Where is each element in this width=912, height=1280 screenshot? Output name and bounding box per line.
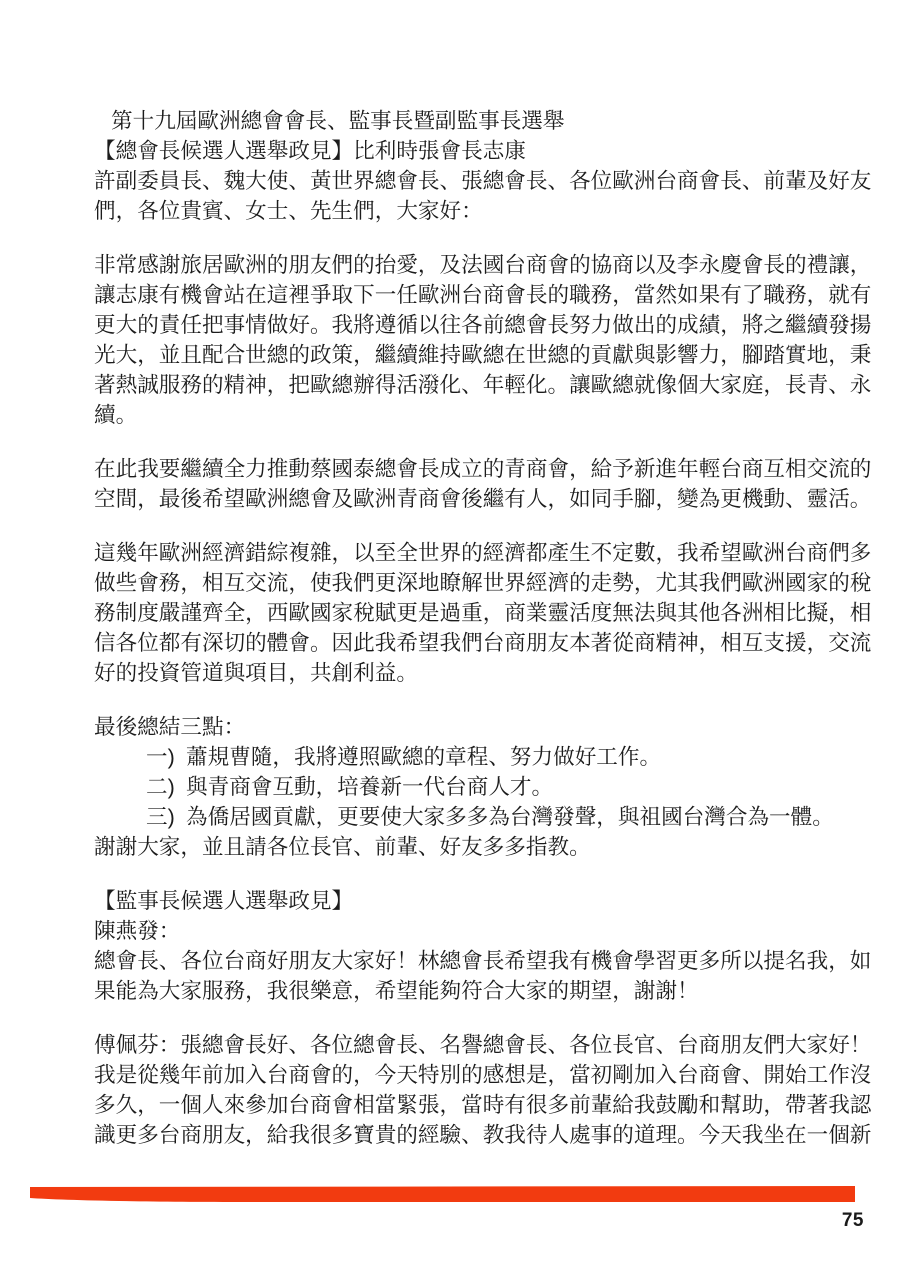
greeting-paragraph: 許副委員長、魏大使、黃世界總會長、張總會長、各位歐洲台商會長、前輩及好友們，各位…: [94, 166, 876, 226]
section1-heading: 【總會長候選人選舉政見】比利時張會長志康: [94, 136, 876, 166]
summary-item-1-text: 蕭規曹隨，我將遵照歐總的章程、努力做好工作。: [186, 744, 661, 769]
paragraph-youth-chamber: 在此我要繼續全力推動蔡國泰總會長成立的青商會，給予新進年輕台商互相交流的空間，最…: [94, 454, 876, 514]
footer-accent-bar: [30, 1186, 855, 1204]
speaker1-name: 陳燕發：: [94, 916, 876, 946]
paragraph-economy: 這幾年歐洲經濟錯綜複雜，以至全世界的經濟都產生不定數，我希望歐洲台商們多做些會務…: [94, 538, 876, 688]
summary-item-2-number: 二): [146, 772, 186, 802]
document-page: 第十九屆歐洲總會會長、監事長暨副監事長選舉 【總會長候選人選舉政見】比利時張會長…: [0, 0, 912, 1280]
section2-block: 【監事長候選人選舉政見】 陳燕發： 總會長、各位台商好朋友大家好！林總會長希望我…: [94, 886, 876, 1006]
summary-item-1-number: 一): [146, 742, 186, 772]
summary-item-3-text: 為僑居國貢獻，更要使大家多多為台灣發聲，與祖國台灣合為一體。: [186, 804, 834, 829]
summary-item-2: 二)與青商會互動，培養新一代台商人才。: [94, 772, 876, 802]
page-content: 第十九屆歐洲總會會長、監事長暨副監事長選舉 【總會長候選人選舉政見】比利時張會長…: [94, 106, 876, 1150]
page-number: 75: [842, 1210, 864, 1232]
footer-accent-bar-shape: [30, 1186, 855, 1202]
paragraph-thanks: 非常感謝旅居歐洲的朋友們的抬愛，及法國台商會的協商以及李永慶會長的禮讓，讓志康有…: [94, 250, 876, 430]
summary-item-3: 三)為僑居國貢獻，更要使大家多多為台灣發聲，與祖國台灣合為一體。: [94, 802, 876, 832]
header-block: 第十九屆歐洲總會會長、監事長暨副監事長選舉 【總會長候選人選舉政見】比利時張會長…: [94, 106, 876, 226]
speaker2-statement: 傅佩芬：張總會長好、各位總會長、名譽總會長、各位長官、台商朋友們大家好！我是從幾…: [94, 1030, 876, 1150]
summary-intro: 最後總結三點：: [94, 712, 876, 742]
summary-item-1: 一)蕭規曹隨，我將遵照歐總的章程、努力做好工作。: [94, 742, 876, 772]
summary-closing: 謝謝大家，並且請各位長官、前輩、好友多多指教。: [94, 832, 876, 862]
speaker1-statement: 總會長、各位台商好朋友大家好！林總會長希望我有機會學習更多所以提名我，如果能為大…: [94, 946, 876, 1006]
document-title: 第十九屆歐洲總會會長、監事長暨副監事長選舉: [94, 106, 876, 136]
summary-item-2-text: 與青商會互動，培養新一代台商人才。: [186, 774, 553, 799]
section2-heading: 【監事長候選人選舉政見】: [94, 886, 876, 916]
summary-block: 最後總結三點： 一)蕭規曹隨，我將遵照歐總的章程、努力做好工作。 二)與青商會互…: [94, 712, 876, 862]
summary-item-3-number: 三): [146, 802, 186, 832]
